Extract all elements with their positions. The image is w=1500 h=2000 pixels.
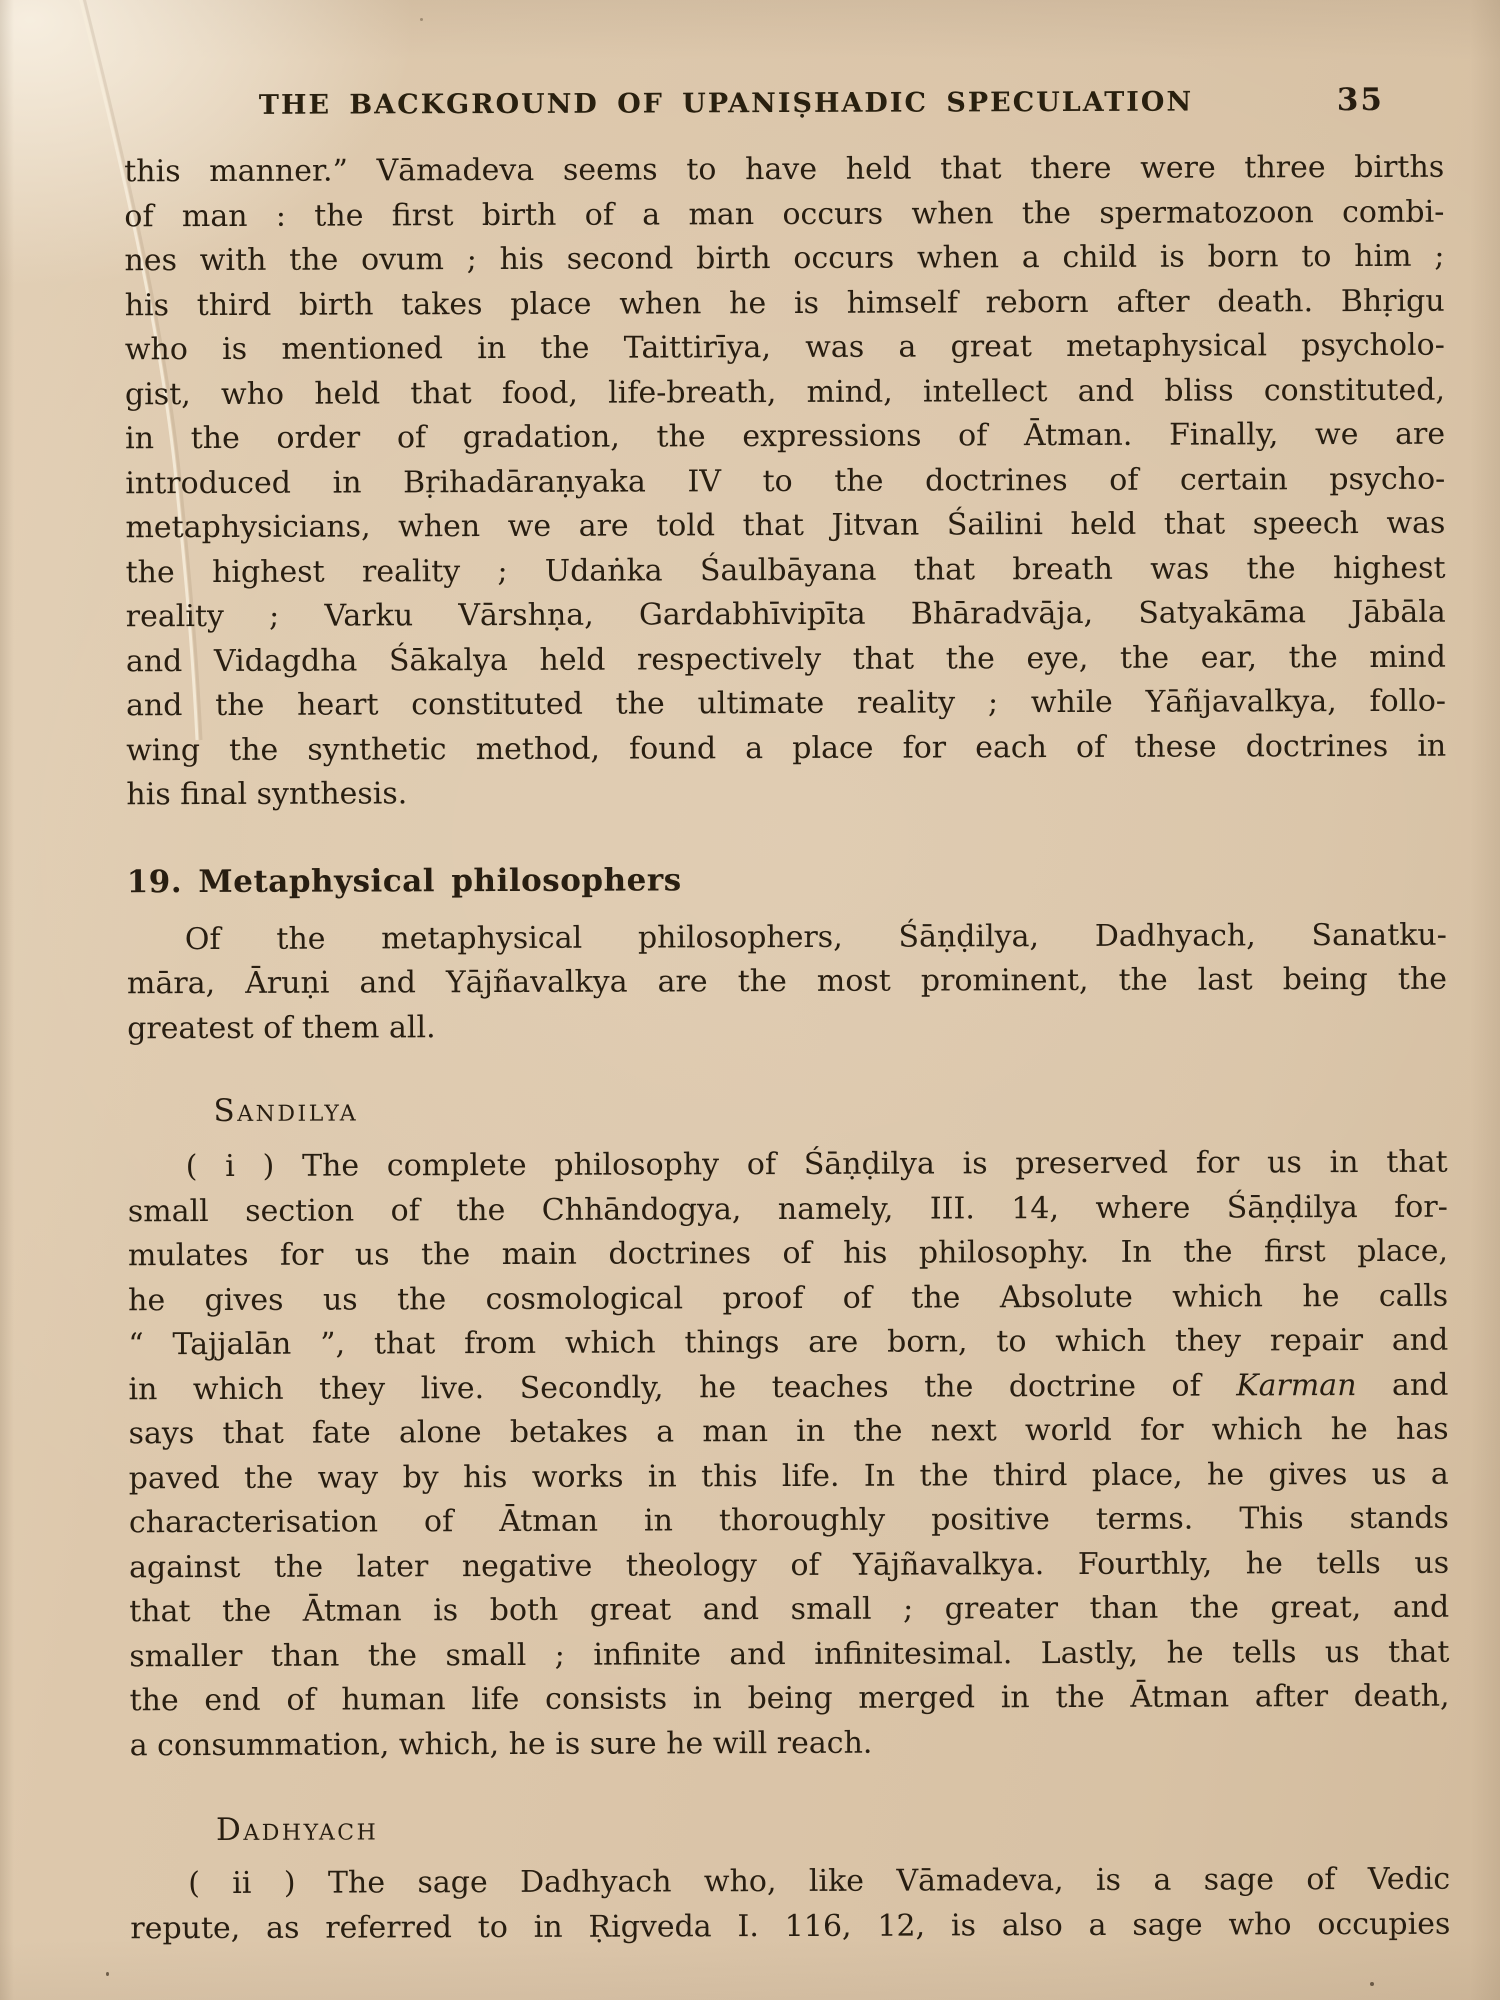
text-line: smaller than the small ; infinite and in… (129, 1630, 1449, 1679)
text-line: mulates for us the main doctrines of his… (128, 1230, 1448, 1279)
text-line: and Vidagdha Śākalya held respectively t… (126, 635, 1446, 684)
text-line: ( i ) The complete philosophy of Śāṇḍily… (128, 1141, 1448, 1190)
subsection-heading-sandilya: Sandilya (213, 1087, 1447, 1131)
text-segment: and (1356, 1367, 1448, 1402)
text-line: “ Tajjalān ”, that from which things are… (128, 1319, 1448, 1368)
subsection-heading-dadhyach: Dadhyach (216, 1806, 1450, 1850)
text-segment: in which they live. Secondly, he teaches… (128, 1368, 1236, 1407)
paragraph-continuation-vamadeva: this manner.” Vāmadeva seems to have hel… (124, 146, 1446, 818)
text-line: a consummation, which, he is sure he wil… (130, 1719, 1450, 1768)
page-number: 35 (1337, 82, 1384, 118)
ink-speck (420, 18, 423, 21)
text-line: nes with the ovum ; his second birth occ… (124, 235, 1444, 284)
text-line: his third birth takes place when he is h… (125, 279, 1445, 328)
text-line: gist, who held that food, life-breath, m… (125, 368, 1445, 417)
text-line: in which they live. Secondly, he teaches… (128, 1363, 1448, 1412)
running-header-title: THE BACKGROUND OF UPANIṢHADIC SPECULATIO… (259, 87, 1193, 121)
text-line: repute, as referred to in Ṛigveda I. 116… (130, 1902, 1450, 1951)
section-heading-19-metaphysical-philosophers: 19. Metaphysical philosophers (127, 857, 1447, 902)
text-line: paved the way by his works in this life.… (129, 1452, 1449, 1501)
text-line: ( ii ) The sage Dadhyach who, like Vāmad… (130, 1858, 1450, 1907)
text-line: who is mentioned in the Taittirīya, was … (125, 324, 1445, 373)
text-line: introduced in Bṛihadāraṇyaka IV to the d… (125, 457, 1445, 506)
italic-term: Karman (1236, 1368, 1356, 1403)
text-line: the highest reality ; Udaṅka Śaulbāyana … (126, 546, 1446, 595)
text-line: greatest of them all. (127, 1002, 1447, 1051)
page-content: THE BACKGROUND OF UPANIṢHADIC SPECULATIO… (124, 0, 1451, 1951)
paragraph-sandilya-philosophy: ( i ) The complete philosophy of Śāṇḍily… (128, 1141, 1450, 1769)
text-line: he gives us the cosmological proof of th… (128, 1274, 1448, 1323)
text-line: says that fate alone betakes a man in th… (129, 1408, 1449, 1457)
text-line: that the Ātman is both great and small ;… (129, 1586, 1449, 1635)
text-line: of man : the first birth of a man occurs… (124, 190, 1444, 239)
text-line: māra, Āruṇi and Yājñavalkya are the most… (127, 958, 1447, 1007)
text-line: the end of human life consists in being … (129, 1675, 1449, 1724)
ink-speck (1370, 1982, 1374, 1986)
page-header: THE BACKGROUND OF UPANIṢHADIC SPECULATIO… (124, 86, 1444, 127)
text-line: against the later negative theology of Y… (129, 1541, 1449, 1590)
text-line: in the order of gradation, the expressio… (125, 413, 1445, 462)
paragraph-metaphysical-philosophers: Of the metaphysical philosophers, Śāṇḍil… (127, 913, 1447, 1051)
text-line: small section of the Chhāndogya, namely,… (128, 1185, 1448, 1234)
book-page-scan: { "header": { "title": "THE BACKGROUND O… (0, 0, 1500, 2000)
text-line: reality ; Varku Vārshṇa, Gardabhīvipīta … (126, 591, 1446, 640)
text-line: characterisation of Ātman in thoroughly … (129, 1497, 1449, 1546)
text-line: Of the metaphysical philosophers, Śāṇḍil… (127, 913, 1447, 962)
text-line: metaphysicians, when we are told that Ji… (125, 502, 1445, 551)
text-line: this manner.” Vāmadeva seems to have hel… (124, 146, 1444, 195)
paragraph-dadhyach-sage: ( ii ) The sage Dadhyach who, like Vāmad… (130, 1858, 1450, 1952)
text-line: and the heart constituted the ultimate r… (126, 680, 1446, 729)
ink-speck (106, 1972, 109, 1976)
text-line: wing the synthetic method, found a place… (126, 724, 1446, 773)
text-line: his final synthesis. (126, 769, 1446, 818)
